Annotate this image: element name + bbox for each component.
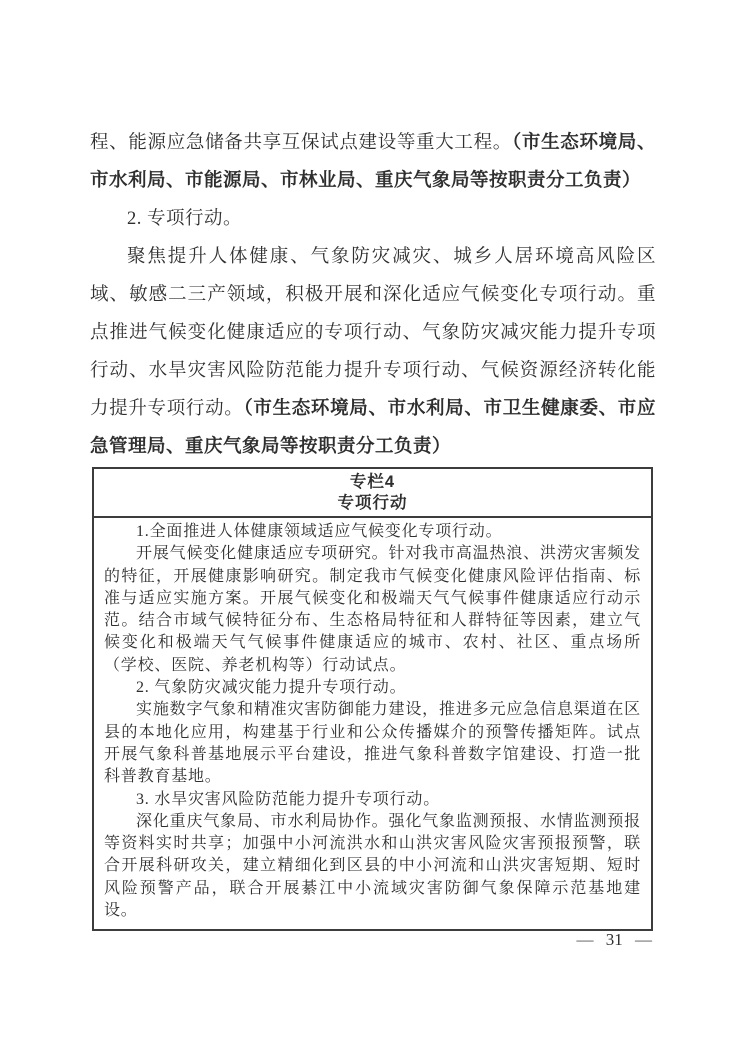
box-header: 专栏4 专项行动 (94, 469, 651, 518)
page-number-dash-right: — (627, 930, 660, 949)
page-number-value: 31 (606, 930, 623, 949)
box-paragraph: 深化重庆气象局、市水利局协作。强化气象监测预报、水情监测预报等资料实时共享；加强… (104, 811, 641, 922)
box-paragraph: 3. 水旱灾害风险防范能力提升专项行动。 (104, 789, 641, 811)
special-column-box: 专栏4 专项行动 1.全面推进人体健康领域适应气候变化专项行动。开展气候变化健康… (92, 467, 653, 931)
main-paragraph: 2. 专项行动。 (90, 200, 656, 238)
box-subtitle: 专项行动 (94, 493, 651, 514)
box-body: 1.全面推进人体健康领域适应气候变化专项行动。开展气候变化健康适应专项研究。针对… (94, 518, 651, 929)
body-text-segment: 聚焦提升人体健康、气象防灾减灾、城乡人居环境高风险区域、敏感二三产领域，积极开展… (90, 247, 656, 419)
document-page: 程、能源应急储备共享互保试点建设等重大工程。（市生态环境局、市水利局、市能源局、… (0, 0, 744, 1053)
main-text-block: 程、能源应急储备共享互保试点建设等重大工程。（市生态环境局、市水利局、市能源局、… (90, 124, 656, 466)
box-title: 专栏4 (94, 472, 651, 493)
body-text-segment: 程、能源应急储备共享互保试点建设等重大工程。 (90, 133, 512, 153)
page-number: — 31 — (569, 930, 661, 950)
page-number-dash-left: — (569, 930, 602, 949)
body-text-segment: 3. 水旱灾害风险防范能力提升专项行动。 (136, 791, 440, 808)
box-paragraph: 实施数字气象和精准灾害防御能力建设，推进多元应急信息渠道在区县的本地化应用，构建… (104, 699, 641, 788)
body-text-segment: 开展气候变化健康适应专项研究。针对我市高温热浪、洪涝灾害频发的特征，开展健康影响… (104, 545, 641, 673)
body-text-segment: 实施数字气象和精准灾害防御能力建设，推进多元应急信息渠道在区县的本地化应用，构建… (104, 701, 641, 785)
box-paragraph: 1.全面推进人体健康领域适应气候变化专项行动。 (104, 521, 641, 543)
body-text-segment: 2. 气象防灾减灾能力提升专项行动。 (136, 679, 406, 696)
body-text-segment: 深化重庆气象局、市水利局协作。强化气象监测预报、水情监测预报等资料实时共享；加强… (104, 813, 641, 919)
box-paragraph: 开展气候变化健康适应专项研究。针对我市高温热浪、洪涝灾害频发的特征，开展健康影响… (104, 543, 641, 677)
body-text-segment: 2. 专项行动。 (127, 209, 242, 229)
body-text-segment: 1.全面推进人体健康领域适应气候变化专项行动。 (136, 523, 502, 540)
main-paragraph: 聚焦提升人体健康、气象防灾减灾、城乡人居环境高风险区域、敏感二三产领域，积极开展… (90, 238, 656, 466)
box-paragraph: 2. 气象防灾减灾能力提升专项行动。 (104, 677, 641, 699)
main-paragraph: 程、能源应急储备共享互保试点建设等重大工程。（市生态环境局、市水利局、市能源局、… (90, 124, 656, 200)
